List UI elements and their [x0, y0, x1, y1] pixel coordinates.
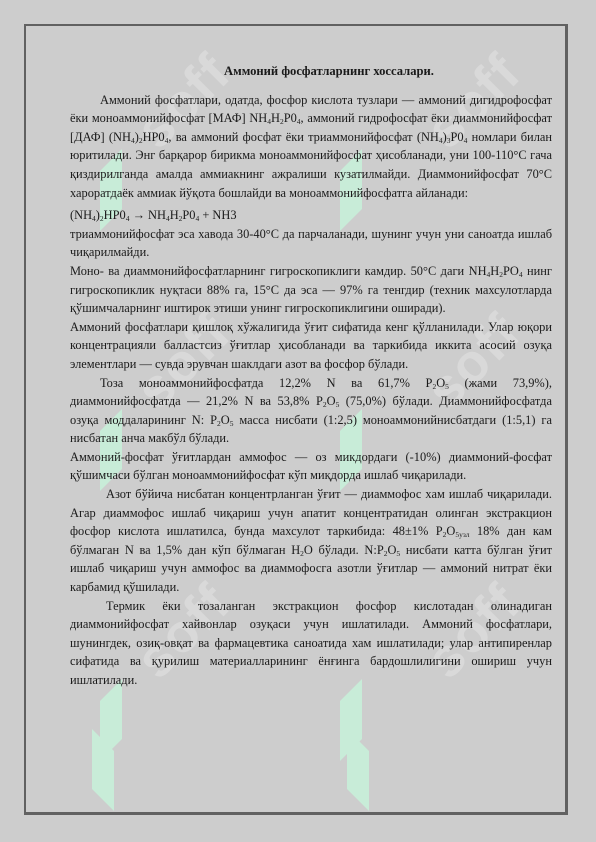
paragraph-uses: Термик ёки тозаланган экстракцион фосфор… [70, 597, 552, 690]
paragraph-ammophos: Аммоний-фосфат ўғитлардан аммофос — оз м… [70, 448, 552, 485]
paragraph-diammophos: Азот бўйича нисбатан концентрланган ўғит… [70, 485, 552, 597]
document-title: Аммоний фосфатларнинг хоссалари. [70, 62, 552, 81]
paragraph-hygroscopicity: Моно- ва диаммонийфосфатларнинг гигроско… [70, 262, 552, 318]
paragraph-agriculture: Аммоний фосфатлари қишлоқ хўжалигида ўғи… [70, 318, 552, 374]
document-body: Аммоний фосфатларнинг хоссалари. Аммоний… [70, 62, 552, 690]
paragraph-triammonium: триаммонийфосфат эса хавода 30-40°С да п… [70, 225, 552, 262]
paragraph-intro: Аммоний фосфатлари, одатда, фосфор кисло… [70, 91, 552, 203]
paragraph-composition: Тоза моноаммонийфосфатда 12,2% N ва 61,7… [70, 374, 552, 448]
reaction-formula: (NH4)2HP04 → NH4H2P04 + NH3 [70, 206, 552, 225]
